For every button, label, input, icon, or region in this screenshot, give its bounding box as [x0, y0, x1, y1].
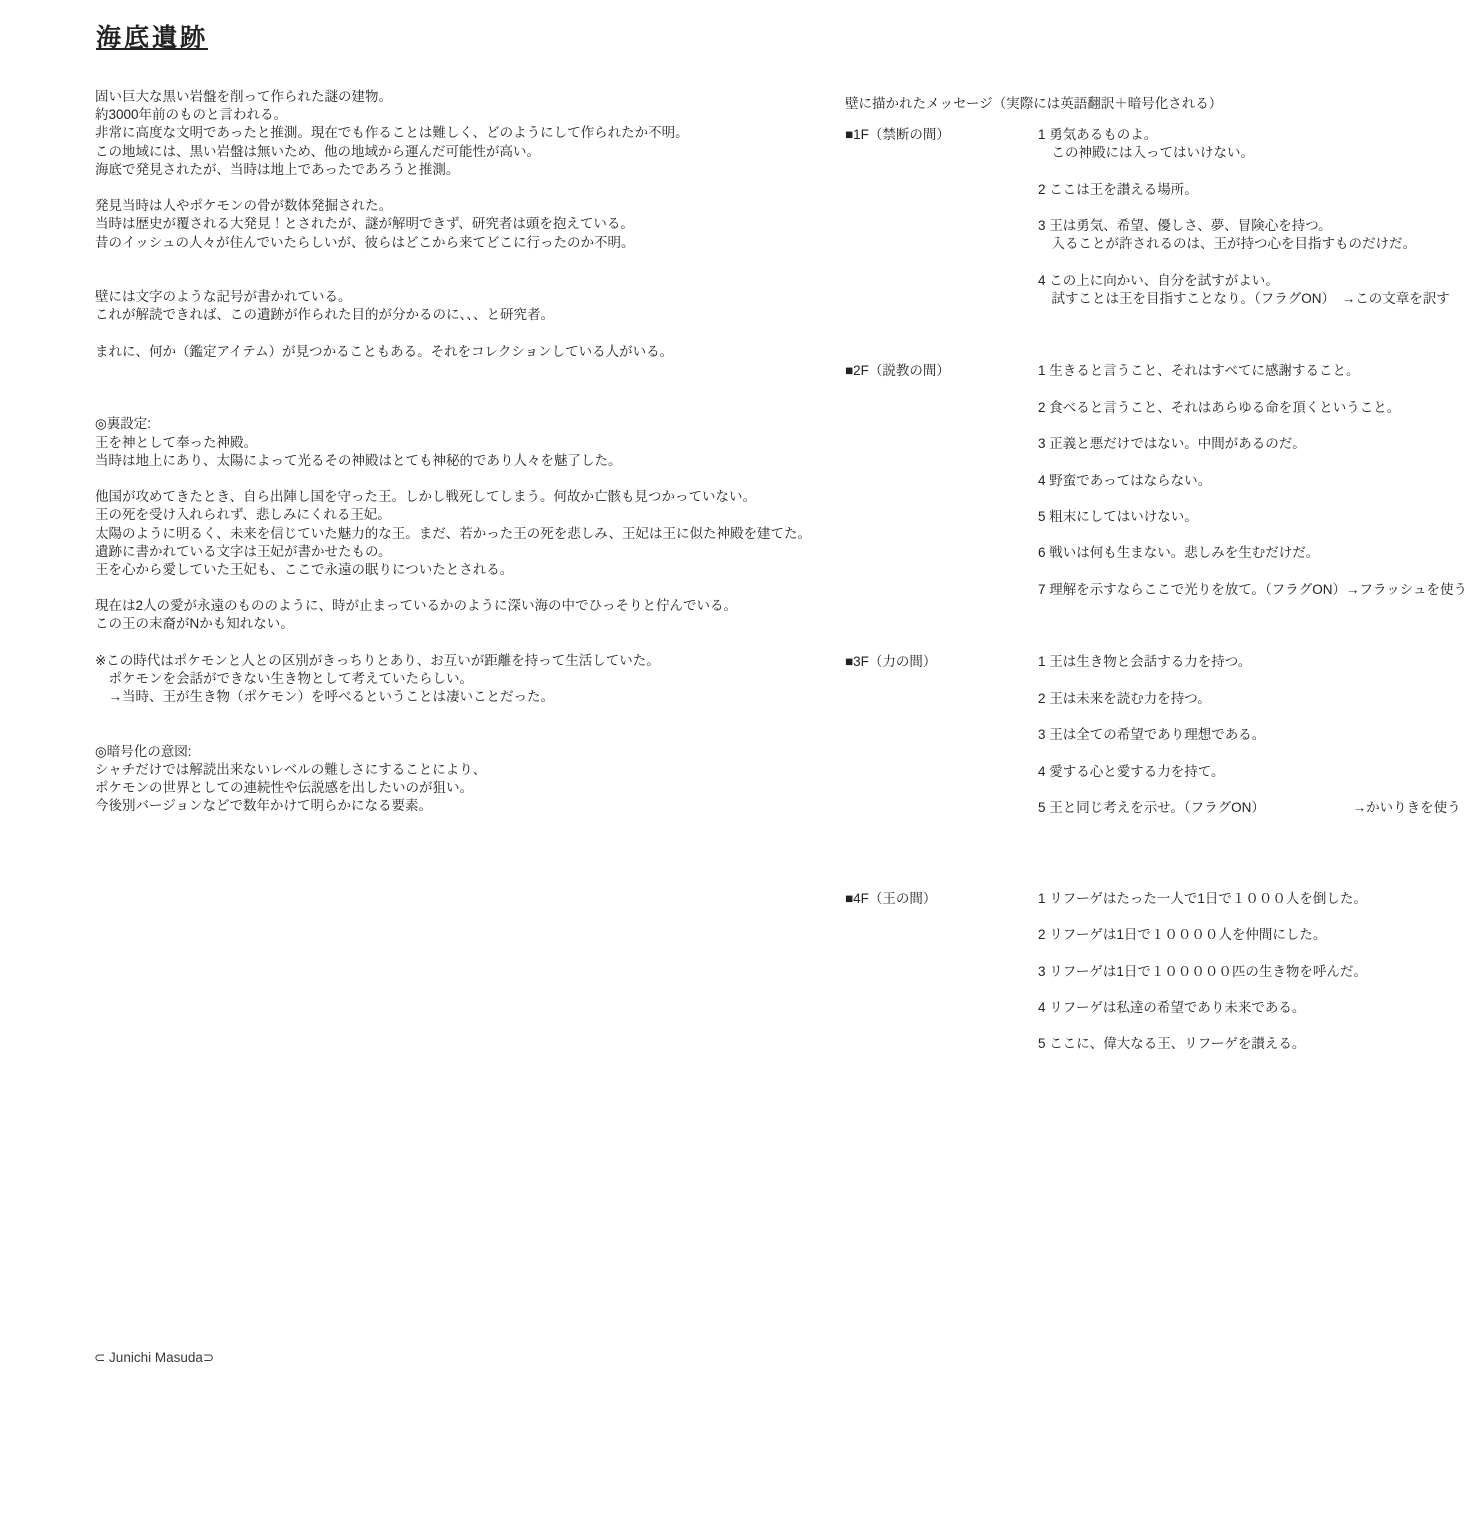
- floor-label: ■1F（禁断の間）: [845, 126, 950, 144]
- text-line: 当時は歴史が覆される大発見！とされたが、謎が解明できず、研究者は頭を抱えている。: [95, 215, 811, 233]
- text-line: [95, 379, 811, 397]
- text-line: 昔のイッシュの人々が住んでいたらしいが、彼らはどこから来てどこに行ったのか不明。: [95, 234, 811, 252]
- message-line: [1038, 599, 1042, 617]
- message-line: [1038, 253, 1042, 271]
- message-line: 4 リフーゲは私達の希望であり未来である。: [1038, 999, 1305, 1017]
- text-line: [95, 252, 811, 270]
- text-line: これが解読できれば、この遺跡が作られた目的が分かるのに、、、と研究者。: [95, 306, 811, 324]
- text-line: [95, 361, 811, 379]
- message-line: [1038, 308, 1042, 326]
- message-line: [1038, 617, 1042, 635]
- author-credit: ⊂ Junichi Masuda⊃: [94, 1350, 214, 1366]
- page-title: 海底遺跡: [96, 18, 208, 54]
- text-line: 発見当時は人やポケモンの骨が数体発掘された。: [95, 197, 811, 215]
- message-line: 試すことは王を目指すことなり。（フラグON） →この文章を訳す: [1038, 290, 1450, 308]
- text-line: 壁には文字のような記号が書かれている。: [95, 288, 811, 306]
- message-line: [1038, 381, 1042, 399]
- message-line: [1038, 981, 1042, 999]
- text-line: 他国が攻めてきたとき、自ら出陣し国を守った王。しかし戦死してしまう。何故か亡骸も…: [95, 488, 811, 506]
- floor-label: ■2F（説教の間）: [845, 362, 950, 380]
- text-line: ※この時代はポケモンと人との区別がきっちりとあり、お互いが距離を持って生活してい…: [95, 652, 811, 670]
- message-line: [1038, 854, 1042, 872]
- floor-label: ■4F（王の間）: [845, 890, 936, 908]
- message-line: 2 リフーゲは1日で１００００人を仲間にした。: [1038, 926, 1326, 944]
- text-line: 王を心から愛していた王妃も、ここで永遠の眠りについたとされる。: [95, 561, 811, 579]
- text-line: 固い巨大な黒い岩盤を削って作られた謎の建物。: [95, 88, 811, 106]
- text-line: 王の死を受け入れられず、悲しみにくれる王妃。: [95, 506, 811, 524]
- message-line: 4 この上に向かい、自分を試すがよい。: [1038, 272, 1279, 290]
- text-line: [95, 270, 811, 288]
- text-line: ポケモンを会話ができない生き物として考えていたらしい。: [95, 670, 811, 688]
- message-line: [1038, 344, 1042, 362]
- message-line: 3 正義と悪だけではない。中間があるのだ。: [1038, 435, 1306, 453]
- text-line: 約3000年前のものと言われる。: [95, 106, 811, 124]
- message-line: 2 ここは王を讃える場所。: [1038, 181, 1198, 199]
- message-line: 4 野蛮であってはならない。: [1038, 472, 1211, 490]
- text-line: この地域には、黒い岩盤は無いため、他の地域から運んだ可能性が高い。: [95, 143, 811, 161]
- message-line: [1038, 672, 1042, 690]
- message-line: 1 生きると言うこと、それはすべてに感謝すること。: [1038, 362, 1360, 380]
- message-line: 3 王は全ての希望であり理想である。: [1038, 726, 1265, 744]
- overview-text-column: 固い巨大な黒い岩盤を削って作られた謎の建物。約3000年前のものと言われる。非常…: [95, 88, 811, 816]
- message-line: 5 ここに、偉大なる王、リフーゲを讃える。: [1038, 1035, 1305, 1053]
- text-line: 当時は地上にあり、太陽によって光るその神殿はとても神秘的であり人々を魅了した。: [95, 452, 811, 470]
- message-line: 1 リフーゲはたった一人で1日で１０００人を倒した。: [1038, 890, 1367, 908]
- message-line: 3 リフーゲは1日で１０００００匹の生き物を呼んだ。: [1038, 963, 1367, 981]
- message-line: この神殿には入ってはいけない。: [1038, 144, 1254, 162]
- message-line: 5 王と同じ考えを示せ。（フラグON） →かいりきを使う: [1038, 799, 1461, 817]
- text-line: [95, 397, 811, 415]
- text-line: [95, 579, 811, 597]
- message-line: [1038, 872, 1042, 890]
- message-line: [1038, 162, 1042, 180]
- message-line: [1038, 835, 1042, 853]
- message-line: 5 粗末にしてはいけない。: [1038, 508, 1198, 526]
- text-line: ポケモンの世界としての連続性や伝説感を出したいのが狙い。: [95, 779, 811, 797]
- text-line: 遺跡に書かれている文字は王妃が書かせたもの。: [95, 543, 811, 561]
- message-line: [1038, 563, 1042, 581]
- floor-label: ■3F（力の間）: [845, 653, 936, 671]
- message-line: 1 勇気あるものよ。: [1038, 126, 1157, 144]
- text-line: 太陽のように明るく、未来を信じていた魅力的な王。まだ、若かった王の死を悲しみ、王…: [95, 525, 811, 543]
- message-line: [1038, 199, 1042, 217]
- message-line: 3 王は勇気、希望、優しさ、夢、冒険心を持つ。: [1038, 217, 1332, 235]
- text-line: 非常に高度な文明であったと推測。現在でも作ることは難しく、どのようにして作られた…: [95, 124, 811, 142]
- message-line: [1038, 326, 1042, 344]
- document-page: 海底遺跡 固い巨大な黒い岩盤を削って作られた謎の建物。約3000年前のものと言わ…: [0, 0, 1474, 1520]
- message-line: 6 戦いは何も生まない。悲しみを生むだけだ。: [1038, 544, 1319, 562]
- message-line: [1038, 1017, 1042, 1035]
- message-line: [1038, 417, 1042, 435]
- text-line: [95, 634, 811, 652]
- text-line: [95, 470, 811, 488]
- message-line: [1038, 944, 1042, 962]
- text-line: シャチだけでは解読出来ないレベルの難しさにすることにより、: [95, 761, 811, 779]
- text-line: [95, 725, 811, 743]
- message-line: [1038, 708, 1042, 726]
- wall-messages-header: 壁に描かれたメッセージ（実際には英語翻訳＋暗号化される）: [845, 92, 1222, 112]
- text-line: [95, 706, 811, 724]
- text-line: 現在は2人の愛が永遠のもののように、時が止まっているかのように深い海の中でひっそ…: [95, 597, 811, 615]
- text-line: 王を神として奉った神殿。: [95, 434, 811, 452]
- message-line: [1038, 744, 1042, 762]
- message-line: [1038, 453, 1042, 471]
- text-line: この王の末裔がNかも知れない。: [95, 615, 811, 633]
- message-line: [1038, 490, 1042, 508]
- text-line: ◎暗号化の意図:: [95, 743, 811, 761]
- message-line: [1038, 635, 1042, 653]
- text-line: [95, 324, 811, 342]
- message-line: [1038, 781, 1042, 799]
- text-line: 海底で発見されたが、当時は地上であったであろうと推測。: [95, 161, 811, 179]
- message-line: 2 食べると言うこと、それはあらゆる命を頂くということ。: [1038, 399, 1400, 417]
- message-line: 1 王は生き物と会話する力を持つ。: [1038, 653, 1251, 671]
- message-line: [1038, 526, 1042, 544]
- text-line: →当時、王が生き物（ポケモン）を呼べるということは凄いことだった。: [95, 688, 811, 706]
- text-line: 今後別バージョンなどで数年かけて明らかになる要素。: [95, 797, 811, 815]
- message-line: [1038, 817, 1042, 835]
- message-line: 7 理解を示すならここで光りを放て。（フラグON）→フラッシュを使う: [1038, 581, 1467, 599]
- text-line: まれに、何か（鑑定アイテム）が見つかることもある。それをコレクションしている人が…: [95, 343, 811, 361]
- text-line: [95, 179, 811, 197]
- message-line: 入ることが許されるのは、王が持つ心を目指すものだけだ。: [1038, 235, 1416, 253]
- message-line: 4 愛する心と愛する力を持て。: [1038, 763, 1225, 781]
- message-line: [1038, 908, 1042, 926]
- message-line: 2 王は未来を読む力を持つ。: [1038, 690, 1211, 708]
- text-line: ◎裏設定:: [95, 415, 811, 433]
